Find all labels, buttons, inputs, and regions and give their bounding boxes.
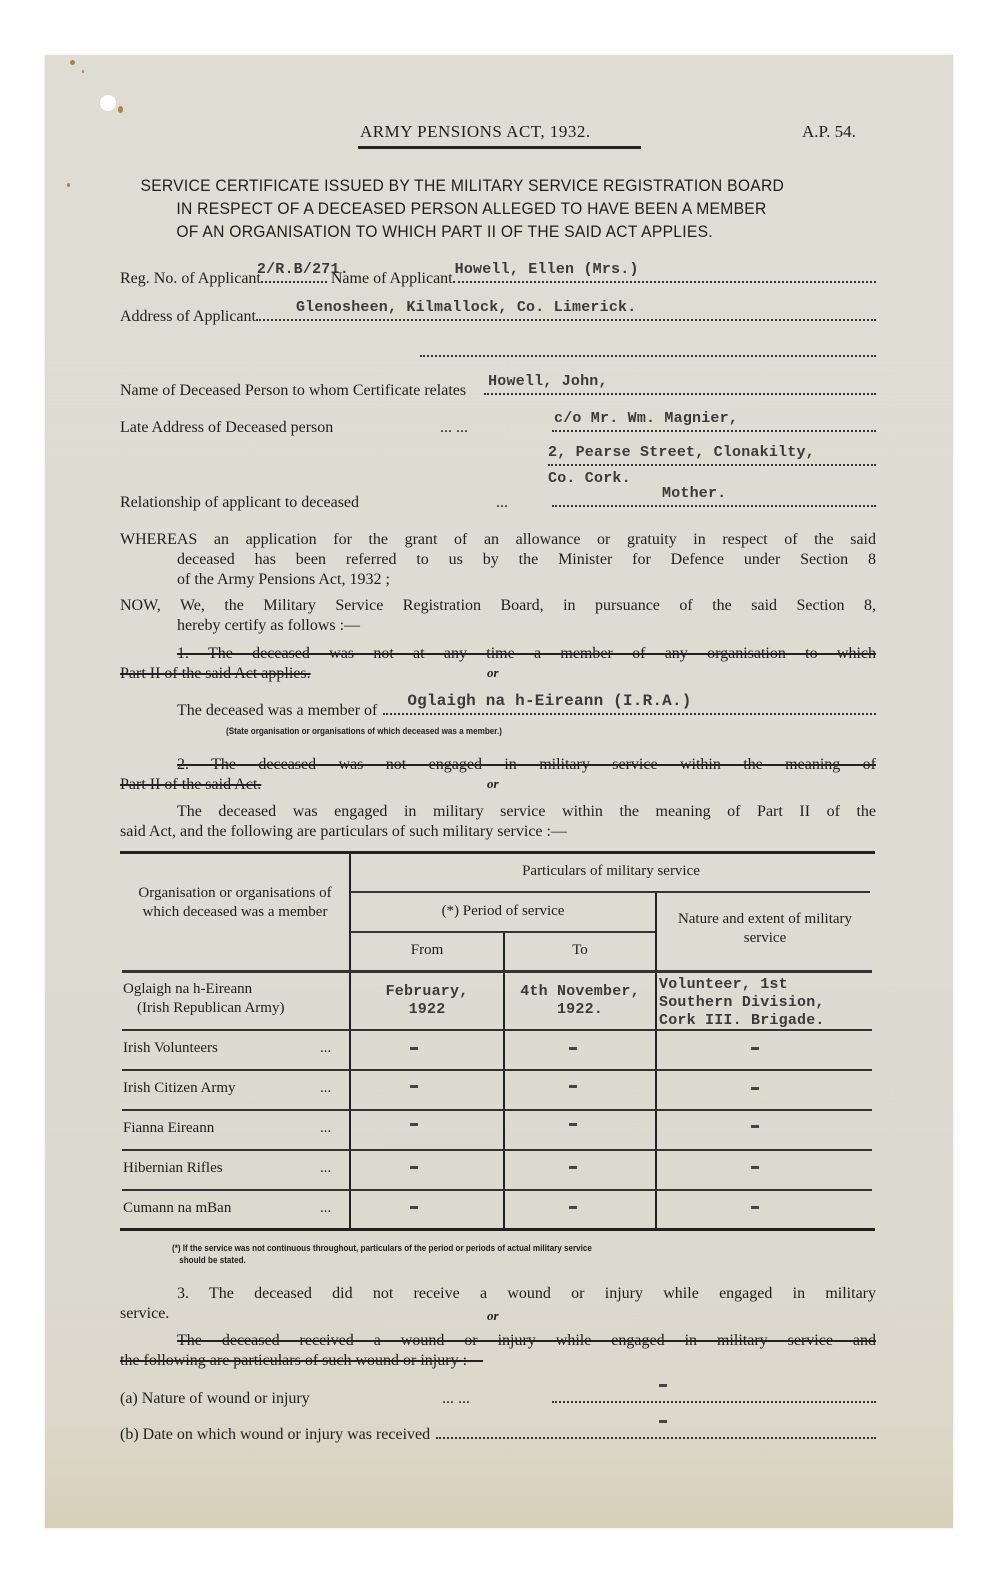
applicant-address-value: Glenosheen, Kilmallock, Co. Limerick. bbox=[296, 299, 636, 316]
member-of-label: The deceased was a member of bbox=[177, 702, 377, 720]
act-title: ARMY PENSIONS ACT, 1932. bbox=[360, 122, 591, 142]
relationship-value: Mother. bbox=[662, 485, 726, 502]
header-period: (*) Period of service bbox=[352, 902, 654, 921]
nil-dash bbox=[410, 1085, 418, 1088]
wound-nature-value-dash bbox=[659, 1384, 667, 1387]
applicant-name-value: Howell, Ellen (Mrs.) bbox=[455, 261, 639, 278]
or-mark: or bbox=[487, 1308, 499, 1324]
deceased-name-value: Howell, John, bbox=[488, 373, 608, 390]
wound-nature-row: (a) Nature of wound or injury ... ... bbox=[120, 1386, 876, 1408]
applicant-address-field[interactable]: Glenosheen, Kilmallock, Co. Limerick. bbox=[256, 319, 876, 321]
table-divider bbox=[503, 932, 505, 1228]
applicant-address-line2-field[interactable] bbox=[420, 355, 876, 357]
deceased-name-label: Name of Deceased Person to whom Certific… bbox=[120, 382, 466, 400]
table-rule bbox=[122, 1069, 872, 1071]
wound-date-field[interactable] bbox=[436, 1437, 876, 1439]
table-row-org: Irish Citizen Army bbox=[123, 1080, 236, 1097]
table-rule bbox=[350, 931, 655, 933]
applicant-name-field[interactable]: Howell, Ellen (Mrs.) bbox=[453, 281, 876, 283]
title-line: IN RESPECT OF A DECEASED PERSON ALLEGED … bbox=[100, 197, 836, 220]
table-row-nature: Volunteer, 1st Southern Division, Cork I… bbox=[659, 976, 825, 1030]
nil-dash bbox=[569, 1123, 577, 1126]
table-rule bbox=[122, 1149, 872, 1151]
table-bottom-rule bbox=[120, 1228, 875, 1231]
applicant-address-label: Address of Applicant bbox=[120, 308, 256, 326]
deceased-name-row: Name of Deceased Person to whom Certific… bbox=[120, 378, 876, 400]
wound-date-value-dash bbox=[659, 1420, 667, 1423]
reg-no-label: Reg. No. of Applicant bbox=[120, 270, 261, 288]
header-organisation: Organisation or organisations of which d… bbox=[125, 884, 345, 922]
act-title-underline bbox=[358, 146, 641, 149]
form-code: A.P. 54. bbox=[802, 122, 856, 142]
late-address-row-2: 2, Pearse Street, Clonakilty, bbox=[548, 449, 876, 471]
late-address-field[interactable]: c/o Mr. Wm. Magnier, bbox=[552, 430, 876, 432]
late-address-leader: ... ... bbox=[440, 419, 552, 437]
or-mark: or bbox=[487, 665, 499, 681]
applicant-reg-name-row: Reg. No. of Applicant 2/R.B/271. Name of… bbox=[120, 266, 876, 288]
nil-dash bbox=[569, 1085, 577, 1088]
table-row-to: 4th November, 1922. bbox=[505, 983, 655, 1019]
wound-nature-label: (a) Nature of wound or injury bbox=[120, 1390, 442, 1408]
whereas-paragraph: WHEREAS an application for the grant of … bbox=[120, 530, 876, 590]
header-nature: Nature and extent of military service bbox=[665, 910, 865, 948]
table-rule bbox=[122, 1189, 872, 1191]
late-address-line3: Co. Cork. bbox=[548, 470, 631, 487]
nil-dash bbox=[569, 1166, 577, 1169]
relationship-field[interactable]: Mother. bbox=[552, 505, 876, 507]
clause2-engaged: The deceased was engaged in military ser… bbox=[120, 802, 876, 842]
title-line: SERVICE CERTIFICATE ISSUED BY THE MILITA… bbox=[100, 174, 836, 197]
table-divider bbox=[655, 892, 657, 1228]
relationship-label: Relationship of applicant to deceased bbox=[120, 494, 496, 512]
wound-nature-field[interactable] bbox=[552, 1401, 876, 1403]
late-address-row: Late Address of Deceased person ... ... … bbox=[120, 415, 876, 437]
table-rule bbox=[122, 970, 872, 973]
now-paragraph: NOW, We, the Military Service Registrati… bbox=[120, 596, 876, 636]
nil-dash bbox=[751, 1166, 759, 1169]
reg-no-value: 2/R.B/271. bbox=[257, 261, 349, 278]
relationship-leader: ... bbox=[496, 494, 552, 512]
member-of-value: Oglaigh na h-Eireann (I.R.A.) bbox=[407, 692, 691, 710]
table-rule bbox=[122, 1109, 872, 1111]
nil-dash bbox=[751, 1047, 759, 1050]
table-divider bbox=[349, 853, 351, 1228]
relationship-row: Relationship of applicant to deceased ..… bbox=[120, 490, 876, 512]
table-top-rule bbox=[120, 851, 875, 854]
applicant-name-label: Name of Applicant bbox=[331, 270, 453, 288]
wound-nature-leader: ... ... bbox=[442, 1390, 552, 1408]
wound-date-row: (b) Date on which wound or injury was re… bbox=[120, 1422, 876, 1444]
table-footnote: (*) If the service was not continuous th… bbox=[172, 1242, 592, 1266]
table-row-from: February, 1922 bbox=[352, 983, 502, 1019]
table-row-org: Irish Volunteers bbox=[123, 1040, 218, 1057]
header-to: To bbox=[505, 941, 655, 960]
reg-no-field[interactable]: 2/R.B/271. bbox=[261, 281, 327, 283]
or-mark: or bbox=[487, 776, 499, 792]
table-rule bbox=[350, 891, 870, 893]
clause3-struck: The deceased received a wound or injury … bbox=[120, 1331, 876, 1371]
certificate-title: SERVICE CERTIFICATE ISSUED BY THE MILITA… bbox=[100, 174, 836, 243]
table-row-org: Oglaigh na h-Eireann (Irish Republican A… bbox=[123, 980, 284, 1018]
table-row-org: Fianna Eireann bbox=[123, 1120, 214, 1137]
applicant-address-line2-row bbox=[420, 340, 876, 362]
wound-date-label: (b) Date on which wound or injury was re… bbox=[120, 1426, 430, 1444]
nil-dash bbox=[569, 1206, 577, 1209]
member-of-field[interactable]: Oglaigh na h-Eireann (I.R.A.) bbox=[383, 713, 876, 715]
applicant-address-row: Address of Applicant Glenosheen, Kilmall… bbox=[120, 304, 876, 326]
nil-dash bbox=[751, 1087, 759, 1090]
late-address-line2: 2, Pearse Street, Clonakilty, bbox=[548, 444, 815, 461]
late-address-line1: c/o Mr. Wm. Magnier, bbox=[554, 410, 738, 427]
late-address-field-2[interactable]: 2, Pearse Street, Clonakilty, bbox=[548, 464, 876, 466]
nil-dash bbox=[410, 1206, 418, 1209]
nil-dash bbox=[751, 1206, 759, 1209]
rust-spot bbox=[118, 106, 123, 113]
nil-dash bbox=[410, 1166, 418, 1169]
title-line: OF AN ORGANISATION TO WHICH PART II OF T… bbox=[100, 220, 836, 243]
nil-dash bbox=[569, 1047, 577, 1050]
deceased-name-field[interactable]: Howell, John, bbox=[484, 393, 876, 395]
nil-dash bbox=[751, 1125, 759, 1128]
member-of-note: (State organisation or organisations of … bbox=[226, 726, 502, 736]
table-row-org: Hibernian Rifles bbox=[123, 1160, 223, 1177]
header-particulars: Particulars of military service bbox=[352, 862, 870, 881]
member-of-row: The deceased was a member of Oglaigh na … bbox=[177, 698, 876, 720]
rust-spot bbox=[82, 70, 84, 73]
nil-dash bbox=[410, 1047, 418, 1050]
late-address-label: Late Address of Deceased person bbox=[120, 419, 440, 437]
rust-spot bbox=[67, 183, 70, 187]
rust-spot bbox=[70, 60, 75, 65]
nil-dash bbox=[410, 1123, 418, 1126]
table-row-org: Cumann na mBan bbox=[123, 1200, 231, 1217]
header-from: From bbox=[352, 941, 502, 960]
punch-hole bbox=[100, 95, 116, 111]
